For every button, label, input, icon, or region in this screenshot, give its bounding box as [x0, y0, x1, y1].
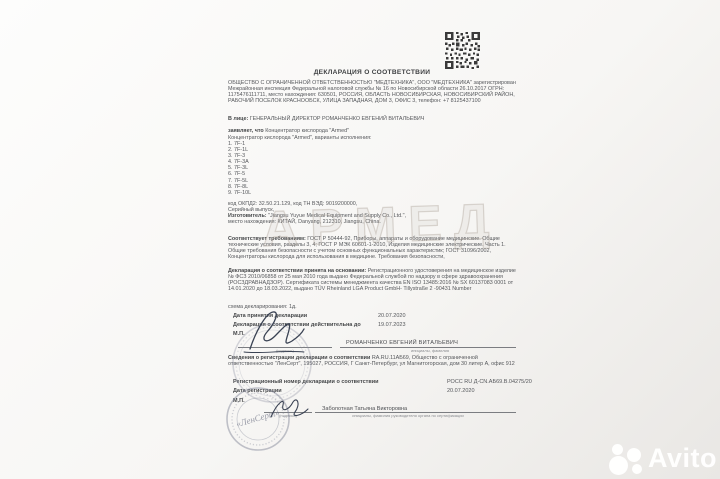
- declares-text: Концентратор кислорода "Armed": [265, 128, 349, 134]
- avito-logo-dot: [609, 456, 628, 475]
- variants-list: 1. 7F-1 2. 7F-1L 3. 7F-3 4. 7F-3A 5. 7F-…: [228, 141, 348, 196]
- variants-intro: Концентратор кислорода "Armed", варианты…: [228, 135, 519, 141]
- signatory2-name: Заболотная Татьяна Викторовна: [322, 406, 407, 412]
- avito-logo-dot: [627, 448, 641, 462]
- declares-label: заявляет, что: [228, 128, 264, 134]
- in-person-line: В лице: ГЕНЕРАЛЬНЫЙ ДИРЕКТОР РОМАНЧЕНКО …: [228, 116, 519, 122]
- complies-block: Соответствует требованиям: ГОСТ Р 50444-…: [228, 236, 520, 260]
- qr-code-icon: [445, 31, 480, 70]
- basis-block: Декларация о соответствии принята на осн…: [228, 268, 520, 292]
- date-valid-value: 19.07.2023: [378, 322, 406, 328]
- codes-block: код ОКПД2: 32.50.21.129, код ТН ВЭД: 901…: [228, 201, 519, 225]
- certificate-photo: АРМЕД ДЕКЛАРАЦИЯ О СООТВЕТСТВИИ: [0, 0, 720, 479]
- signature-director: [240, 309, 308, 355]
- signature-cert-head: [266, 393, 314, 423]
- name-caption-2: инициалы, фамилия руководителя органа по…: [318, 414, 498, 419]
- declares-line: заявляет, что Концентратор кислорода "Ar…: [228, 128, 519, 134]
- avito-logo-dot: [632, 464, 642, 474]
- reg-number-value: РОСС RU Д-CN.АБ69.В.04275/20: [447, 379, 532, 385]
- variant-item: 9. 7F-10L: [228, 190, 348, 196]
- in-person-label: В лице:: [228, 116, 248, 122]
- organization-paragraph: ОБЩЕСТВО С ОГРАНИЧЕННОЙ ОТВЕТСТВЕННОСТЬЮ…: [228, 80, 519, 104]
- avito-logo-dot: [612, 444, 623, 455]
- name-caption-1: инициалы, фамилия: [360, 349, 500, 354]
- reg-date-value: 20.07.2020: [447, 388, 475, 394]
- manufacturer-address: место нахождения: КИТАЙ, Danyang, 212310…: [228, 219, 519, 225]
- signatory1-name: РОМАНЧЕНКО ЕВГЕНИЙ ВИТАЛЬЕВИЧ: [346, 340, 458, 346]
- document-title: ДЕКЛАРАЦИЯ О СООТВЕТСТВИИ: [228, 69, 516, 76]
- complies-label: Соответствует требованиям:: [228, 236, 306, 242]
- date-adoption-value: 20.07.2020: [378, 313, 406, 319]
- avito-watermark: Avito: [648, 443, 717, 474]
- in-person-text: ГЕНЕРАЛЬНЫЙ ДИРЕКТОР РОМАНЧЕНКО ЕВГЕНИЙ …: [250, 116, 425, 122]
